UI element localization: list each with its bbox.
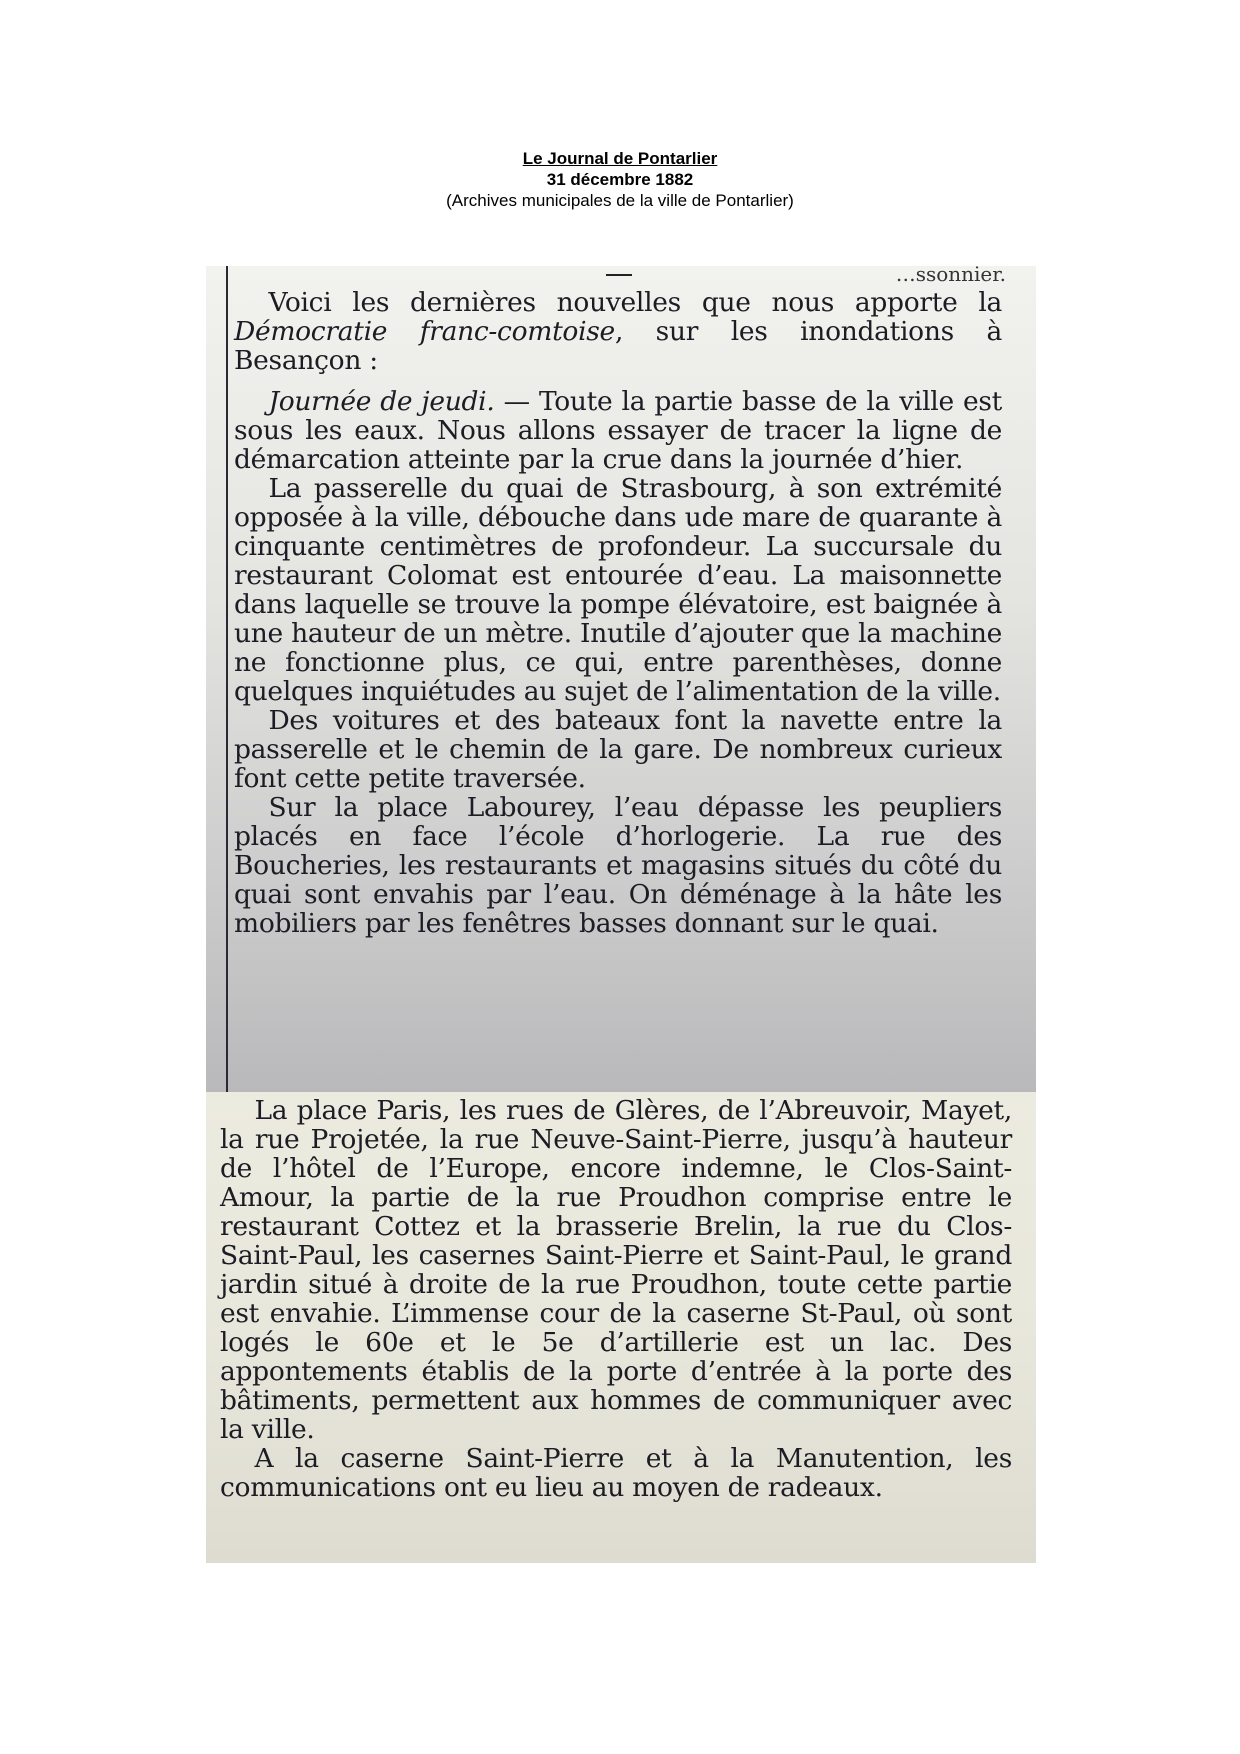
paragraph-place-paris: La place Paris, les rues de Glères, de l…: [220, 1096, 1012, 1444]
article-text-top: Voici les dernières nouvelles que nous a…: [234, 288, 1002, 938]
section-separator: —: [606, 274, 632, 276]
clipping-photo-top: — …ssonnier. Voici les dernières nouvell…: [206, 266, 1036, 1092]
newspaper-clipping: — …ssonnier. Voici les dernières nouvell…: [206, 266, 1036, 1563]
clipping-photo-bottom: La place Paris, les rues de Glères, de l…: [206, 1092, 1036, 1563]
column-rule: [226, 266, 228, 1092]
paragraph-text: Voici les dernières nouvelles que nous a…: [268, 287, 1002, 318]
paragraph-caserne-saint-pierre: A la caserne Saint-Pierre et à la Manute…: [220, 1444, 1012, 1502]
article-text-bottom: La place Paris, les rues de Glères, de l…: [220, 1096, 1012, 1502]
section-heading: Journée de jeudi.: [268, 386, 494, 417]
cut-off-word: …ssonnier.: [896, 266, 1006, 286]
document-header: Le Journal de Pontarlier 31 décembre 188…: [0, 148, 1240, 211]
paragraph-passerelle: La passerelle du quai de Strasbourg, à s…: [234, 474, 1002, 706]
archive-source: (Archives municipales de la ville de Pon…: [0, 190, 1240, 211]
paragraph-intro: Voici les dernières nouvelles que nous a…: [234, 288, 1002, 375]
paragraph-place-labourey: Sur la place Labourey, l’eau dépasse les…: [234, 793, 1002, 938]
paragraph-journee-de-jeudi: Journée de jeudi. — Toute la partie bass…: [234, 387, 1002, 474]
paragraph-voitures: Des voitures et des bateaux font la nave…: [234, 706, 1002, 793]
newspaper-name: Démocratie franc-comtoise: [234, 316, 615, 347]
publication-date: 31 décembre 1882: [0, 169, 1240, 190]
newspaper-title: Le Journal de Pontarlier: [0, 148, 1240, 169]
